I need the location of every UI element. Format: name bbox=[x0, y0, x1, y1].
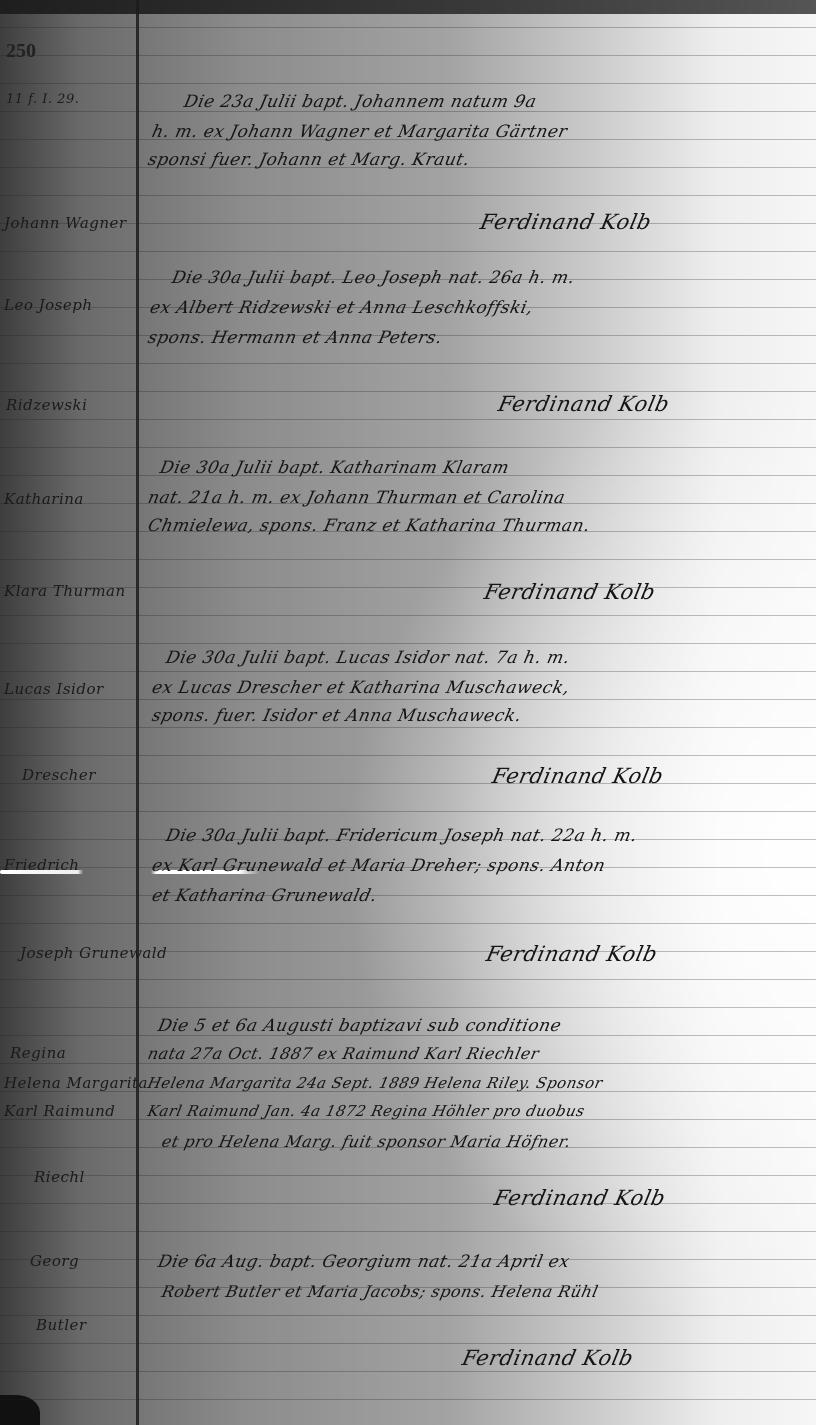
entry-line: Robert Butler et Maria Jacobs; spons. He… bbox=[160, 1282, 600, 1301]
margin-name: Leo Joseph bbox=[4, 296, 93, 314]
margin-name: Georg bbox=[30, 1252, 79, 1270]
margin-note: 11 f. I. 29. bbox=[6, 92, 79, 107]
margin-name: Ridzewski bbox=[6, 396, 87, 414]
priest-signature: Ferdinand Kolb bbox=[482, 580, 658, 604]
scan-corner-shadow bbox=[0, 1395, 40, 1425]
priest-signature: Ferdinand Kolb bbox=[496, 392, 672, 416]
register-page: 250 11 f. I. 29. Johann Wagner Die 23a J… bbox=[0, 0, 816, 1425]
margin-name: Joseph Grunewald bbox=[20, 944, 167, 962]
entry-line: ex Albert Ridzewski et Anna Leschkoffski… bbox=[148, 298, 535, 318]
margin-name: Lucas Isidor bbox=[4, 680, 104, 698]
entry-line: Die 30a Julii bapt. Katharinam Klaram bbox=[158, 458, 511, 478]
priest-signature: Ferdinand Kolb bbox=[484, 942, 660, 966]
entry-line: spons. Hermann et Anna Peters. bbox=[146, 328, 444, 348]
margin-name: Helena Margarita bbox=[4, 1074, 148, 1092]
margin-column-rule bbox=[136, 0, 139, 1425]
entry-line: nata 27a Oct. 1887 ex Raimund Karl Riech… bbox=[146, 1044, 541, 1063]
margin-name: Karl Raimund bbox=[4, 1102, 115, 1120]
margin-name: Drescher bbox=[22, 766, 96, 784]
entry-line: Die 23a Julii bapt. Johannem natum 9a bbox=[182, 92, 538, 112]
entry-line: Chmielewa, spons. Franz et Katharina Thu… bbox=[146, 516, 592, 536]
entry-line: Die 5 et 6a Augusti baptizavi sub condit… bbox=[156, 1016, 563, 1036]
entry-line: Die 30a Julii bapt. Fridericum Joseph na… bbox=[164, 826, 639, 846]
page-number: 250 bbox=[6, 40, 36, 63]
margin-name: Butler bbox=[36, 1316, 87, 1334]
entry-line: h. m. ex Johann Wagner et Margarita Gärt… bbox=[150, 122, 569, 142]
entry-line: ex Karl Grunewald et Maria Dreher; spons… bbox=[150, 856, 607, 876]
entry-line: Die 6a Aug. bapt. Georgium nat. 21a Apri… bbox=[156, 1252, 572, 1272]
priest-signature: Ferdinand Kolb bbox=[490, 764, 666, 788]
entry-line: Die 30a Julii bapt. Lucas Isidor nat. 7a… bbox=[164, 648, 572, 668]
entry-line: Die 30a Julii bapt. Leo Joseph nat. 26a … bbox=[170, 268, 577, 288]
margin-name: Johann Wagner bbox=[4, 214, 127, 232]
entry-line: spons. fuer. Isidor et Anna Muschaweck. bbox=[150, 706, 524, 726]
scan-top-edge bbox=[0, 0, 816, 14]
priest-signature: Ferdinand Kolb bbox=[478, 210, 654, 234]
entry-line: nat. 21a h. m. ex Johann Thurman et Caro… bbox=[146, 488, 567, 508]
entry-line: et pro Helena Marg. fuit sponsor Maria H… bbox=[160, 1132, 573, 1151]
entry-line: et Katharina Grunewald. bbox=[150, 886, 379, 906]
entry-line: ex Lucas Drescher et Katharina Muschawec… bbox=[150, 678, 572, 698]
priest-signature: Ferdinand Kolb bbox=[492, 1186, 668, 1210]
margin-name: Regina bbox=[10, 1044, 66, 1062]
margin-name: Katharina bbox=[4, 490, 84, 508]
margin-name: Klara Thurman bbox=[4, 582, 126, 600]
margin-name: Friedrich bbox=[4, 856, 79, 874]
entry-line: Karl Raimund Jan. 4a 1872 Regina Höhler … bbox=[146, 1102, 587, 1120]
margin-name: Riechl bbox=[34, 1168, 85, 1186]
entry-line: Helena Margarita 24a Sept. 1889 Helena R… bbox=[146, 1074, 604, 1092]
entry-line: sponsi fuer. Johann et Marg. Kraut. bbox=[146, 150, 472, 170]
priest-signature: Ferdinand Kolb bbox=[460, 1346, 636, 1370]
